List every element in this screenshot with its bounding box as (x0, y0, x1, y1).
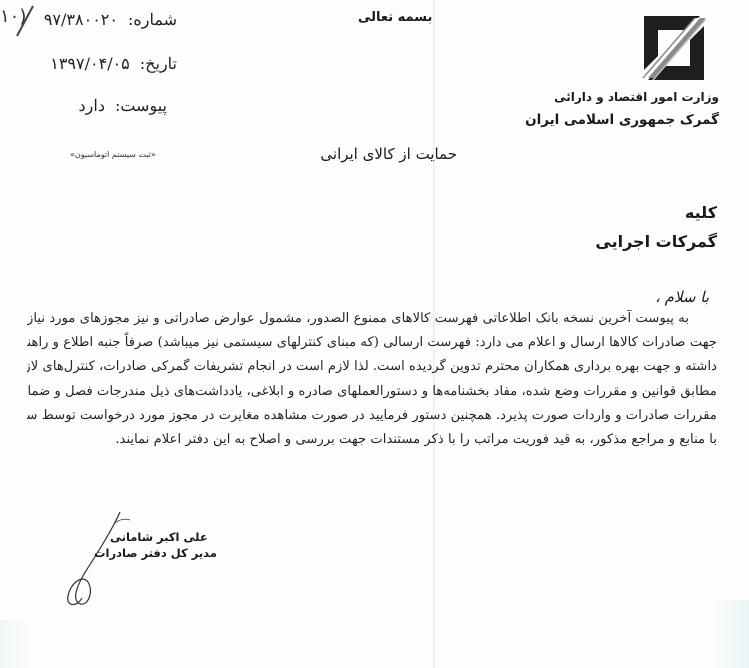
date-value: ۱۳۹۷/۰۴/۰۵ (50, 54, 130, 73)
attachment-label: پیوست: (115, 96, 167, 115)
body-line: مقررات صادرات و واردات صورت پذیرد. همچنی… (27, 404, 717, 428)
letter-attachment: پیوست:دارد (79, 96, 167, 115)
body-line: مطابق قوانین و مقررات وضع شده، مفاد بخشن… (27, 380, 717, 404)
scan-edge-tint (709, 600, 749, 668)
letter-date: تاریخ:۱۳۹۷/۰۴/۰۵ (50, 54, 177, 73)
signatory-title: مدیر کل دفتر صادرات (94, 546, 217, 560)
signatory-name: علی اکبر شامانی (110, 530, 208, 544)
slogan: حمایت از کالای ایرانی (320, 145, 457, 163)
automation-system-note: «ثبت سیستم اتوماسیون» (70, 150, 156, 159)
letter-page: (۱۰ شماره:۹۷/۳۸۰۰۲۰ تاریخ:۱۳۹۷/۰۴/۰۵ پیو… (0, 0, 749, 668)
greeting: با سلام ، (655, 288, 709, 306)
recipient-line-1: کلیه (685, 203, 717, 222)
date-label: تاریخ: (140, 54, 177, 73)
scan-edge-tint-left (0, 620, 30, 668)
body-line: جهت صادرات کالاها ارسال و اعلام می دارد:… (27, 331, 717, 355)
customs-name: گمرک جمهوری اسلامی ایران (525, 112, 719, 128)
number-value: ۹۷/۳۸۰۰۲۰ (44, 10, 118, 29)
body-line: داشته و جهت بهره برداری همکاران محترم تد… (27, 355, 717, 379)
body-line: با منابع و مراجع مذکور، به قید فوریت مرا… (27, 428, 717, 452)
attachment-value: دارد (79, 96, 105, 115)
bismillah-heading: بسمه تعالی (358, 10, 432, 25)
letter-body: به پیوست آخرین نسخه بانک اطلاعاتی فهرست … (27, 307, 717, 452)
customs-logo-icon (636, 12, 712, 84)
number-label: شماره: (128, 10, 177, 29)
letter-number: شماره:۹۷/۳۸۰۰۲۰ (44, 10, 177, 29)
body-line: به پیوست آخرین نسخه بانک اطلاعاتی فهرست … (27, 307, 717, 331)
handwritten-signature-icon (58, 510, 168, 610)
ministry-name: وزارت امور اقتصاد و دارائی (554, 90, 719, 104)
recipient-line-2: گمرکات اجرایی (595, 232, 717, 251)
